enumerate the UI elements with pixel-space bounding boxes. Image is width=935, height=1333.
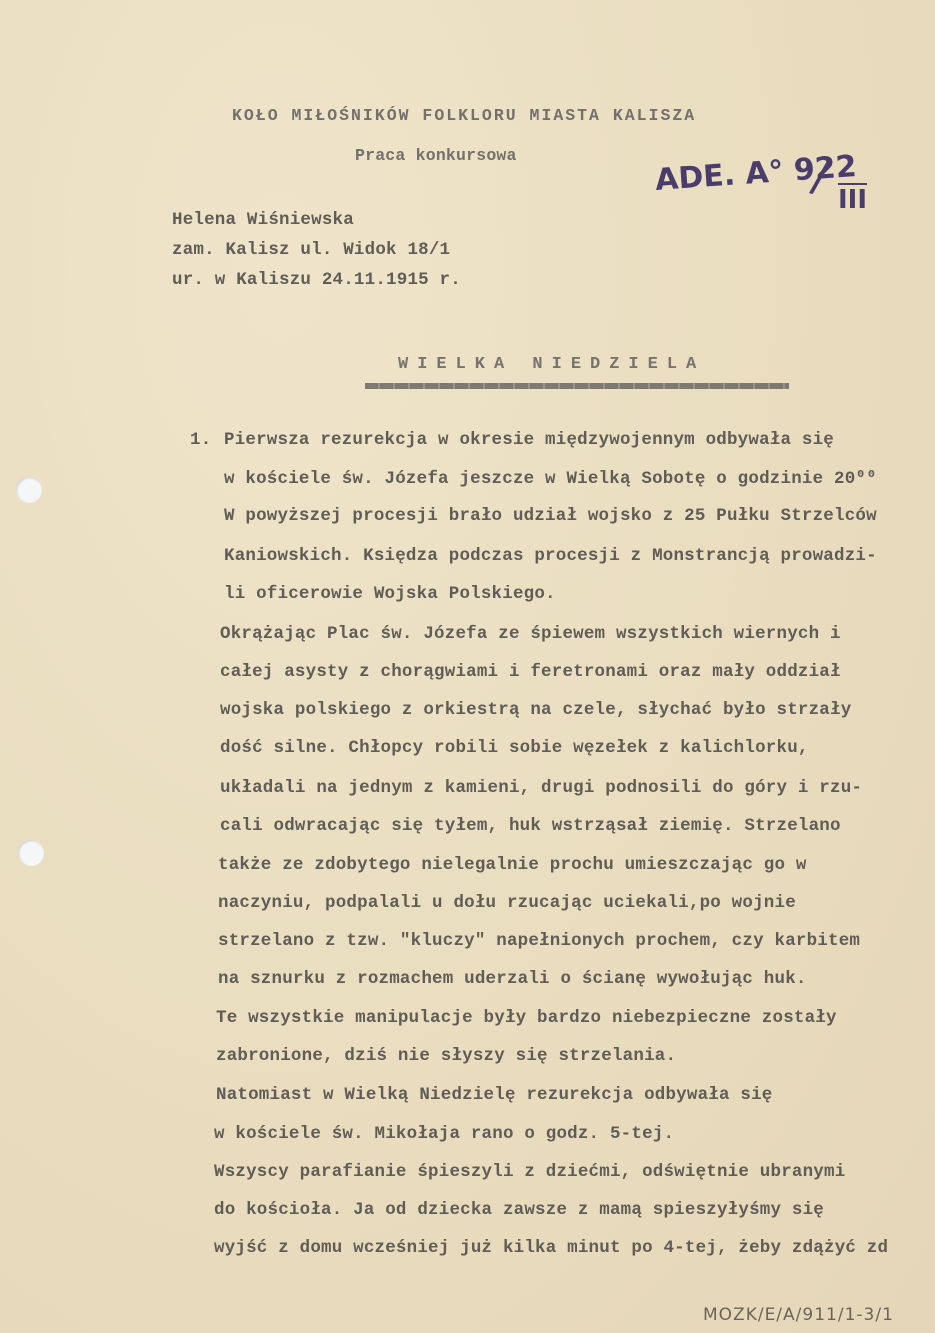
body-line: także ze zdobytego nielegalnie prochu um… — [218, 855, 807, 875]
author-birth: ur. w Kaliszu 24.11.1915 r. — [172, 270, 461, 290]
body-line: naczyniu, podpalali u dołu rzucając ucie… — [218, 893, 796, 913]
body-line: W powyższej procesji brało udział wojsko… — [224, 506, 877, 526]
body-line: w kościele św. Józefa jeszcze w Wielką S… — [224, 468, 877, 489]
body-line: wyjść z domu wcześniej już kilka minut p… — [214, 1238, 888, 1258]
document-title: WIELKA NIEDZIELA — [398, 355, 705, 374]
punch-hole-bottom — [18, 840, 44, 866]
body-line: li oficerowie Wojska Polskiego. — [224, 584, 556, 604]
body-line: Wszyscy parafianie śpieszyli z dziećmi, … — [214, 1162, 845, 1182]
author-name: Helena Wiśniewska — [172, 210, 354, 230]
body-line: układali na jednym z kamieni, drugi podn… — [220, 778, 862, 798]
author-address: zam. Kalisz ul. Widok 18/1 — [172, 240, 450, 260]
body-line: zabronione, dziś nie słyszy się strzelan… — [216, 1046, 676, 1066]
archive-mark-volume: III — [838, 185, 867, 215]
body-line: Natomiast w Wielką Niedzielę rezurekcja … — [216, 1085, 773, 1105]
body-line: całej asysty z chorągwiami i feretronami… — [220, 662, 841, 682]
body-line: strzelano z tzw. "kluczy" napełnionych p… — [218, 931, 860, 951]
body-line: do kościoła. Ja od dziecka zawsze z mamą… — [214, 1200, 824, 1220]
document-subtitle: Praca konkursowa — [355, 146, 517, 165]
body-line: cali odwracając się tyłem, huk wstrząsał… — [220, 816, 841, 836]
body-line: wojska polskiego z orkiestrą na czele, s… — [220, 700, 851, 720]
body-line: Te wszystkie manipulacje były bardzo nie… — [216, 1008, 837, 1028]
body-line: Pierwsza rezurekcja w okresie międzywoje… — [224, 430, 834, 450]
archive-signature: MOZK/E/A/911/1-3/1 — [703, 1305, 894, 1325]
body-line: Okrążając Plac św. Józefa ze śpiewem wsz… — [220, 624, 841, 644]
title-underline — [365, 383, 789, 389]
body-line: Kaniowskich. Księdza podczas procesji z … — [224, 546, 877, 566]
organization-header: KOŁO MIŁOŚNIKÓW FOLKLORU MIASTA KALISZA — [232, 106, 696, 125]
item-number: 1. — [190, 430, 211, 450]
punch-hole-top — [16, 477, 42, 503]
document-page: KOŁO MIŁOŚNIKÓW FOLKLORU MIASTA KALISZA … — [0, 0, 935, 1333]
body-line: na sznurku z rozmachem uderzali o ścianę… — [218, 969, 807, 989]
body-line: w kościele św. Mikołaja rano o godz. 5-t… — [214, 1124, 674, 1144]
body-line: dość silne. Chłopcy robili sobie węzełek… — [220, 738, 809, 758]
